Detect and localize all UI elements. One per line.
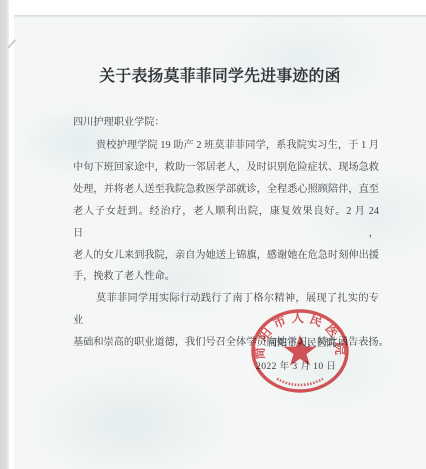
signature-date: 2022 年 3 月 10 日 [256,360,336,373]
body-line-5: 老人的女儿来到我院，亲自为她送上锦旗，感谢她在危急时刻伸出援 [73,245,379,267]
scanned-letter-view: 关于表扬莫菲菲同学先进事迹的函 四川护理职业学院： 贵校护理学院 19 助产 2… [0,0,426,469]
body-line-7: 莫菲菲同学用实际行动践行了南丁格尔精神，展现了扎实的专业 [73,288,379,332]
signature-organization: 简阳市人民医院 [268,338,336,350]
body-line-3: 处理，并将老人送至我院急救医学部就诊，全程悉心照顾陪伴，直至 [73,179,379,201]
letter-body: 贵校护理学院 19 助产 2 班莫菲菲同学，系我院实习生，于 1 月 中旬下班回… [73,135,379,354]
body-line-6: 手，挽救了老人性命。 [73,266,379,288]
body-line-2: 中旬下班回家途中，救助一邻居老人，及时识别危险症状、现场急救 [73,157,379,179]
body-line-1: 贵校护理学院 19 助产 2 班莫菲菲同学，系我院实习生，于 1 月 [73,135,379,157]
scan-background-strip [0,0,9,469]
letter-title: 关于表扬莫菲菲同学先进事迹的函 [14,67,426,87]
body-line-4: 老人子女赶到。经治疗，老人顺利出院，康复效果良好。2 月 24 日， [73,201,379,245]
salutation-line: 四川护理职业学院： [73,116,165,130]
letter-page: 关于表扬莫菲菲同学先进事迹的函 四川护理职业学院： 贵校护理学院 19 助产 2… [14,15,426,469]
